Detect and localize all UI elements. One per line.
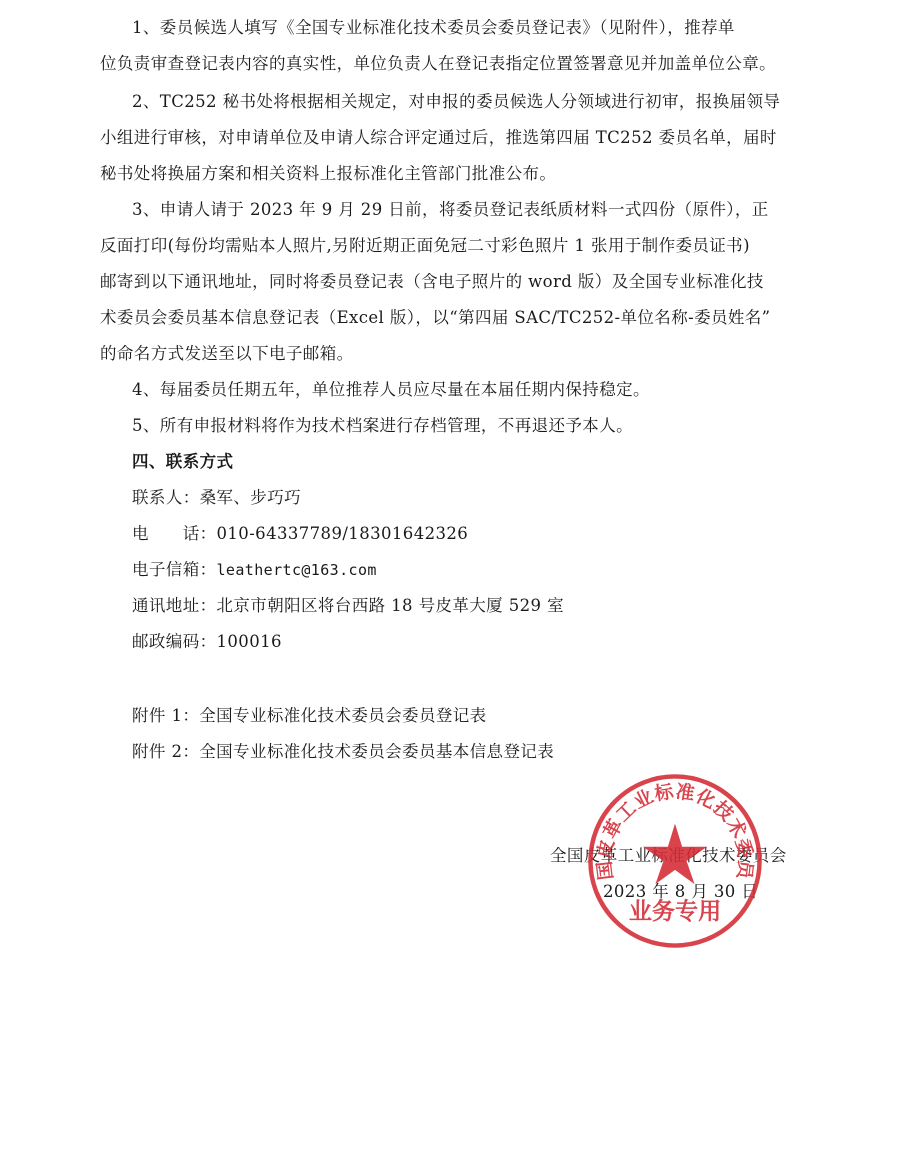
- item-3-line-3: 邮寄到以下通讯地址，同时将委员登记表（含电子照片的 word 版）及全国专业标准…: [100, 272, 820, 292]
- signature-date: 2023 年 8 月 30 日: [603, 878, 758, 902]
- email-value[interactable]: leathertc@163.com: [217, 561, 377, 579]
- contact-postcode: 邮政编码：100016: [132, 632, 852, 652]
- contact-phone-row: 电 话：010-64337789/18301642326: [132, 524, 852, 544]
- phone-label: 电 话：: [132, 524, 217, 543]
- document-page: 1、委员候选人填写《全国专业标准化技术委员会委员登记表》（见附件），推荐单 位负…: [0, 0, 900, 1165]
- item-2-line-1: 2、TC252 秘书处将根据相关规定，对申报的委员候选人分领域进行初审，报换届领…: [132, 92, 852, 112]
- email-label: 电子信箱：: [132, 560, 217, 579]
- item-1-line-1: 1、委员候选人填写《全国专业标准化技术委员会委员登记表》（见附件），推荐单: [132, 18, 852, 38]
- phone-value: 010-64337789/18301642326: [217, 524, 469, 543]
- item-4: 4、每届委员任期五年，单位推荐人员应尽量在本届任期内保持稳定。: [132, 380, 852, 400]
- contact-heading: 四、联系方式: [132, 452, 852, 472]
- item-2-line-2: 小组进行审核，对申请单位及申请人综合评定通过后，推选第四届 TC252 委员名单…: [100, 128, 820, 148]
- contact-email-row: 电子信箱：leathertc@163.com: [132, 560, 852, 580]
- item-1-line-2: 位负责审查登记表内容的真实性，单位负责人在登记表指定位置签署意见并加盖单位公章。: [100, 54, 820, 74]
- item-3-line-1: 3、申请人请于 2023 年 9 月 29 日前，将委员登记表纸质材料一式四份（…: [132, 200, 852, 220]
- contact-person: 联系人：桑军、步巧巧: [132, 488, 852, 508]
- signature-org: 全国皮革工业标准化技术委员会: [550, 842, 787, 866]
- item-2-line-3: 秘书处将换届方案和相关资料上报标准化主管部门批准公布。: [100, 164, 820, 184]
- item-3-line-5: 的命名方式发送至以下电子邮箱。: [100, 344, 820, 364]
- contact-address: 通讯地址：北京市朝阳区将台西路 18 号皮革大厦 529 室: [132, 596, 852, 616]
- item-3-line-4: 术委员会委员基本信息登记表（Excel 版），以“第四届 SAC/TC252-单…: [100, 308, 820, 328]
- attachment-2: 附件 2：全国专业标准化技术委员会委员基本信息登记表: [132, 742, 852, 762]
- attachment-1: 附件 1：全国专业标准化技术委员会委员登记表: [132, 706, 852, 726]
- item-5: 5、所有申报材料将作为技术档案进行存档管理，不再退还予本人。: [132, 416, 852, 436]
- item-3-line-2: 反面打印(每份均需贴本人照片,另附近期正面免冠二寸彩色照片 1 张用于制作委员证…: [100, 236, 820, 256]
